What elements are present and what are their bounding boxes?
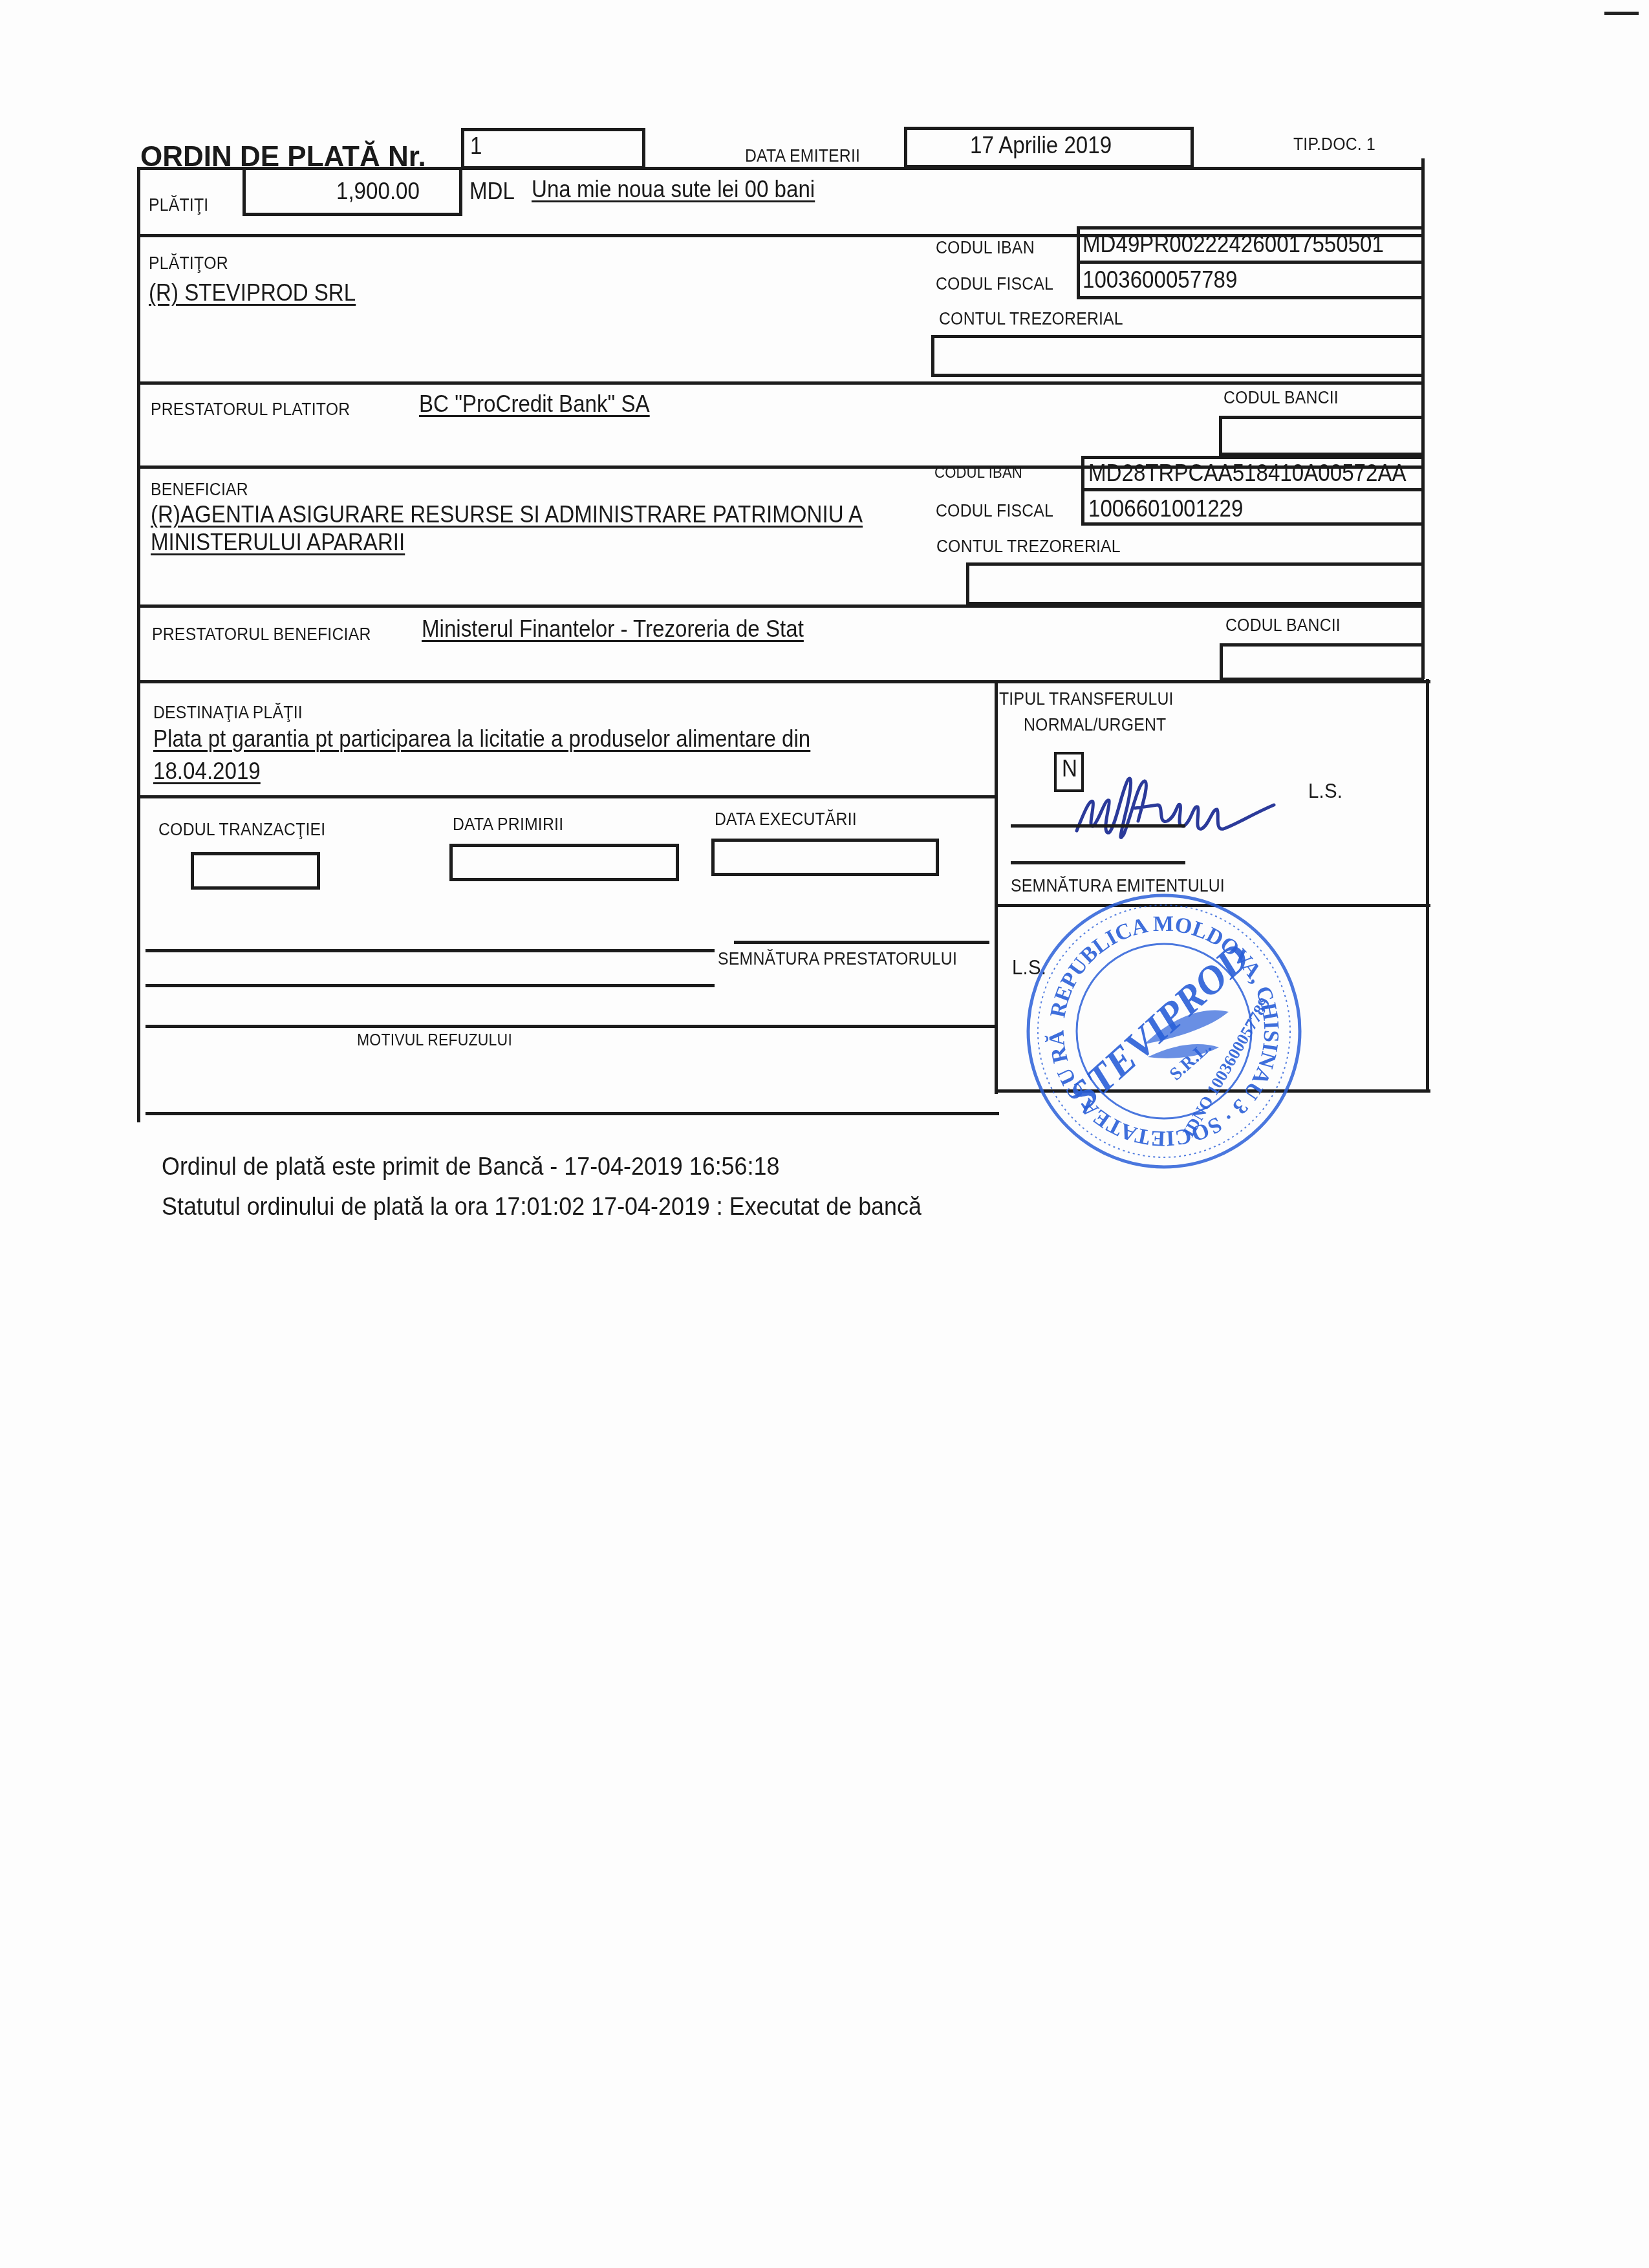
- payer-fiscal-label: CODUL FISCAL: [936, 274, 1053, 294]
- refusal-top-border: [145, 1025, 996, 1028]
- form-bottom-border: [145, 1112, 999, 1115]
- received-date-field[interactable]: [449, 844, 679, 881]
- payer-treasury-box: [931, 335, 1424, 377]
- issue-date: 17 Aprilie 2019: [970, 132, 1112, 159]
- form-right-border-lower: [1426, 679, 1429, 905]
- payer-iban-label: CODUL IBAN: [936, 238, 1035, 258]
- beneficiary-treasury-box: [966, 562, 1424, 605]
- payer-iban: MD49PR002224260017550501: [1083, 231, 1384, 258]
- amount-currency: MDL: [469, 178, 515, 205]
- purpose-top-border: [137, 680, 1430, 683]
- payer-bank-top-border: [137, 381, 1424, 385]
- beneficiary-bank-code-label: CODUL BANCII: [1225, 615, 1341, 636]
- transfer-type-label: NORMAL/URGENT: [1024, 715, 1166, 735]
- order-execution-status: Statutul ordinului de plată la ora 17:01…: [162, 1193, 921, 1221]
- purpose-label: DESTINAŢIA PLĂŢII: [153, 703, 303, 723]
- company-stamp-icon: REPUBLICA MOLDOVA, CHISINAU 3 · SOCIETAT…: [1015, 883, 1313, 1180]
- provider-signature-label: SEMNĂTURA PRESTATORULUI: [718, 949, 957, 969]
- execution-date-label: DATA EXECUTĂRII: [715, 809, 857, 829]
- processing-top-border: [137, 795, 997, 798]
- payer-fiscal-code: 1003600057789: [1083, 266, 1237, 294]
- payer-bank-code-label: CODUL BANCII: [1223, 388, 1339, 408]
- beneficiary-iban-label: CODUL IBAN: [934, 464, 1022, 482]
- order-number-box: [461, 128, 645, 169]
- payer-bank-code-box: [1219, 416, 1424, 456]
- issue-date-label: DATA EMITERII: [745, 146, 860, 166]
- stamp-area-right-border: [1426, 904, 1429, 1091]
- refusal-label: MOTIVUL REFUZULUI: [357, 1031, 512, 1050]
- purpose-line1: Plata pt garantia pt participarea la lic…: [153, 725, 810, 753]
- provider-signature-line-1: [145, 949, 715, 952]
- purpose-line2: 18.04.2019: [153, 758, 261, 785]
- provider-signature-line-2: [734, 941, 989, 944]
- transaction-code-field[interactable]: [191, 852, 320, 890]
- right-column-divider: [995, 680, 998, 1094]
- beneficiary-treasury-label: CONTUL TREZORERIAL: [936, 537, 1121, 557]
- beneficiary-name-line2: MINISTERULUI APARARII: [151, 529, 405, 556]
- transfer-type-section-label: TIPUL TRANSFERULUI: [999, 689, 1174, 709]
- payer-bank-name: BC "ProCredit Bank" SA: [419, 390, 650, 418]
- payer-label: PLĂTIŢOR: [149, 253, 228, 273]
- issuer-ls-label: L.S.: [1308, 779, 1342, 803]
- svg-text:S.R.L.: S.R.L.: [1166, 1037, 1216, 1085]
- bank-received-status: Ordinul de plată este primit de Bancă - …: [162, 1153, 779, 1181]
- beneficiary-bank-top-border: [137, 604, 1424, 608]
- beneficiary-bank-code-box: [1220, 643, 1424, 681]
- beneficiary-label: BENEFICIAR: [151, 480, 248, 500]
- amount-value: 1,900.00: [336, 178, 420, 205]
- doc-type: TIP.DOC. 1: [1293, 134, 1375, 155]
- execution-date-field[interactable]: [711, 839, 939, 876]
- provider-signature-line-3: [145, 984, 715, 987]
- transaction-code-label: CODUL TRANZACŢIEI: [158, 820, 325, 840]
- order-number: 1: [470, 133, 482, 160]
- beneficiary-bank-name: Ministerul Finantelor - Trezoreria de St…: [422, 615, 804, 643]
- beneficiary-name-line1: (R)AGENTIA ASIGURARE RESURSE SI ADMINIST…: [151, 501, 863, 528]
- received-date-label: DATA PRIMIRII: [453, 815, 563, 835]
- form-left-border: [137, 167, 140, 1122]
- payer-bank-label: PRESTATORUL PLATITOR: [151, 400, 350, 420]
- payer-name: (R) STEVIPROD SRL: [149, 279, 356, 306]
- amount-in-words: Una mie noua sute lei 00 bani: [532, 176, 815, 203]
- beneficiary-fiscal-label: CODUL FISCAL: [936, 501, 1053, 521]
- issuer-signature-icon: [1073, 769, 1287, 847]
- issuer-signature-line-2: [1011, 861, 1185, 864]
- beneficiary-iban: MD28TRPCAA518410A00572AA: [1088, 460, 1406, 487]
- payer-treasury-label: CONTUL TREZORERIAL: [939, 309, 1123, 329]
- beneficiary-bank-label: PRESTATORUL BENEFICIAR: [152, 625, 371, 645]
- beneficiary-fiscal-code: 1006601001229: [1088, 495, 1243, 522]
- scan-corner-mark: [1604, 12, 1639, 15]
- amount-label: PLĂTIŢI: [149, 195, 208, 215]
- issuer-signature-line-1: [1011, 824, 1185, 828]
